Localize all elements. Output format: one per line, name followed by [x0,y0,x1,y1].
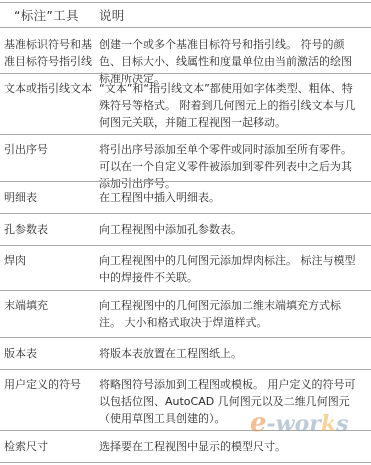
tool-name: 基准标识符号和基准目标符号指引线 [4,36,94,70]
top-rule [0,2,371,3]
tool-description: 将引出序号添加至单个零件或同时添加至所有零件。 可以在一个自定义零件被添加到零件… [99,141,361,192]
row-divider [0,134,371,135]
tool-name: 文本或指引线文本 [4,80,94,97]
tool-name: 焊肉 [4,252,94,269]
tool-name: 明细表 [4,189,94,206]
row-divider [0,73,371,74]
bottom-rule [0,462,371,463]
tool-name: 孔参数表 [4,221,94,238]
row-divider [0,245,371,246]
tool-description: 向工程视图中的几何图元添加二维末端填充方式标注。 大小和格式取决于焊道样式。 [99,297,361,331]
header-description: 说明 [99,6,125,24]
row-divider [0,181,371,182]
tool-description: 在工程图中插入明细表。 [99,189,361,206]
tool-name: 用户定义的符号 [4,376,94,393]
tool-description: “文本”和“指引线文本”都使用如字体类型、粗体、特殊符号等格式。 附着到几何图元… [99,80,361,131]
row-divider [0,213,371,214]
header-tool: “标注”工具 [14,6,79,24]
header-rule [0,27,371,28]
row-divider [0,290,371,291]
tool-description: 将版本表放置在工程图纸上。 [99,345,361,362]
tool-description: 选择要在工程视图中显示的模型尺寸。 [99,438,361,455]
tool-description: 向工程视图中的几何图元添加焊肉标注。 标注与模型中的焊接件不关联。 [99,252,361,286]
tool-description: 向工程视图中添加孔参数表。 [99,221,361,238]
tool-name: 版本表 [4,345,94,362]
row-divider [0,430,371,431]
row-divider [0,337,371,338]
tool-name: 末端填充 [4,297,94,314]
row-divider [0,369,371,370]
tool-description: 将略图符号添加到工程图或模板。 用户定义的符号可以包括位图、AutoCAD 几何… [99,376,361,427]
tool-name: 检索尺寸 [4,438,94,455]
tool-name: 引出序号 [4,141,94,158]
